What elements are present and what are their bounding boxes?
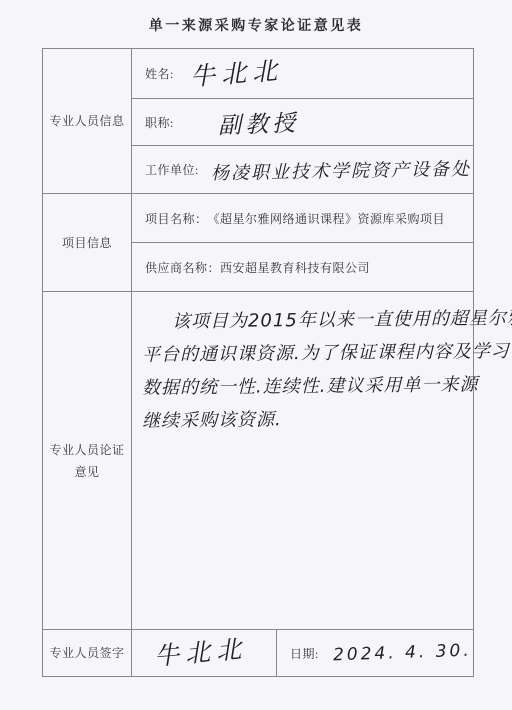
project-name-label: 项目名称： — [145, 210, 208, 227]
personal-info-section-label: 专业人员信息 — [43, 49, 132, 193]
opinion-section-label: 专业人员论证 意见 — [43, 292, 132, 629]
name-row: 姓名: 牛北北 — [132, 49, 473, 98]
date-cell: 日期: 2024. 4. 30. — [277, 630, 473, 676]
work-unit-label: 工作单位: — [145, 161, 199, 178]
date-handwritten-value: 2024. 4. 30. — [333, 641, 472, 666]
job-title-label: 职称: — [145, 114, 174, 131]
project-name-value: 《超星尔雅网络通识课程》资源库采购项目 — [208, 210, 446, 227]
signature-section-label: 专业人员签字 — [43, 630, 132, 676]
date-label: 日期: — [290, 645, 319, 662]
name-label: 姓名: — [145, 65, 174, 82]
signature-cell: 牛北北 — [132, 630, 277, 676]
supplier-row: 供应商名称： 西安超星教育科技有限公司 — [132, 242, 473, 291]
opinion-handwritten-text: 该项目为2015年以来一直使用的超星尔雅 平台的通识课资源.为了保证课程内容及学… — [132, 292, 473, 629]
opinion-line: 数据的统一性.连续性.建议采用单一来源 — [142, 368, 465, 404]
personal-info-section-label-text: 专业人员信息 — [49, 110, 124, 132]
expert-opinion-form-table: 专业人员信息 姓名: 牛北北 职称: 副教授 工作单位: 杨凌职业技术学院资产设… — [42, 48, 474, 677]
section-expert-opinion: 专业人员论证 意见 该项目为2015年以来一直使用的超星尔雅 平台的通识课资源.… — [43, 291, 473, 629]
section-personal-info: 专业人员信息 姓名: 牛北北 职称: 副教授 工作单位: 杨凌职业技术学院资产设… — [43, 49, 473, 193]
work-unit-row: 工作单位: 杨凌职业技术学院资产设备处 — [132, 145, 473, 193]
section-signature: 专业人员签字 牛北北 日期: 2024. 4. 30. — [43, 629, 473, 676]
signature-handwritten-value: 牛北北 — [153, 629, 249, 673]
section-project-info: 项目信息 项目名称： 《超星尔雅网络通识课程》资源库采购项目 供应商名称： 西安… — [43, 193, 473, 291]
project-info-section-label-text: 项目信息 — [62, 232, 112, 254]
personal-info-fields: 姓名: 牛北北 职称: 副教授 工作单位: 杨凌职业技术学院资产设备处 — [132, 49, 473, 193]
project-info-section-label: 项目信息 — [43, 194, 132, 291]
opinion-section-label-line2: 意见 — [74, 461, 99, 483]
supplier-value: 西安超星教育科技有限公司 — [220, 259, 370, 276]
job-title-row: 职称: 副教授 — [132, 98, 473, 145]
opinion-line: 该项目为2015年以来一直使用的超星尔雅 — [142, 302, 465, 338]
name-handwritten-value: 牛北北 — [189, 50, 284, 92]
supplier-label: 供应商名称： — [145, 259, 220, 276]
opinion-section-label-line1: 专业人员论证 — [49, 439, 124, 461]
project-name-row: 项目名称： 《超星尔雅网络通识课程》资源库采购项目 — [132, 194, 473, 242]
page-title: 单一来源采购专家论证意见表 — [0, 15, 512, 35]
signature-section-label-text: 专业人员签字 — [49, 642, 124, 664]
work-unit-handwritten-value: 杨凌职业技术学院资产设备处 — [211, 154, 471, 185]
opinion-line: 平台的通识课资源.为了保证课程内容及学习 — [142, 335, 465, 371]
project-info-fields: 项目名称： 《超星尔雅网络通识课程》资源库采购项目 供应商名称： 西安超星教育科… — [132, 194, 473, 291]
job-title-handwritten-value: 副教授 — [217, 104, 299, 140]
opinion-line: 继续采购该资源. — [142, 401, 465, 437]
